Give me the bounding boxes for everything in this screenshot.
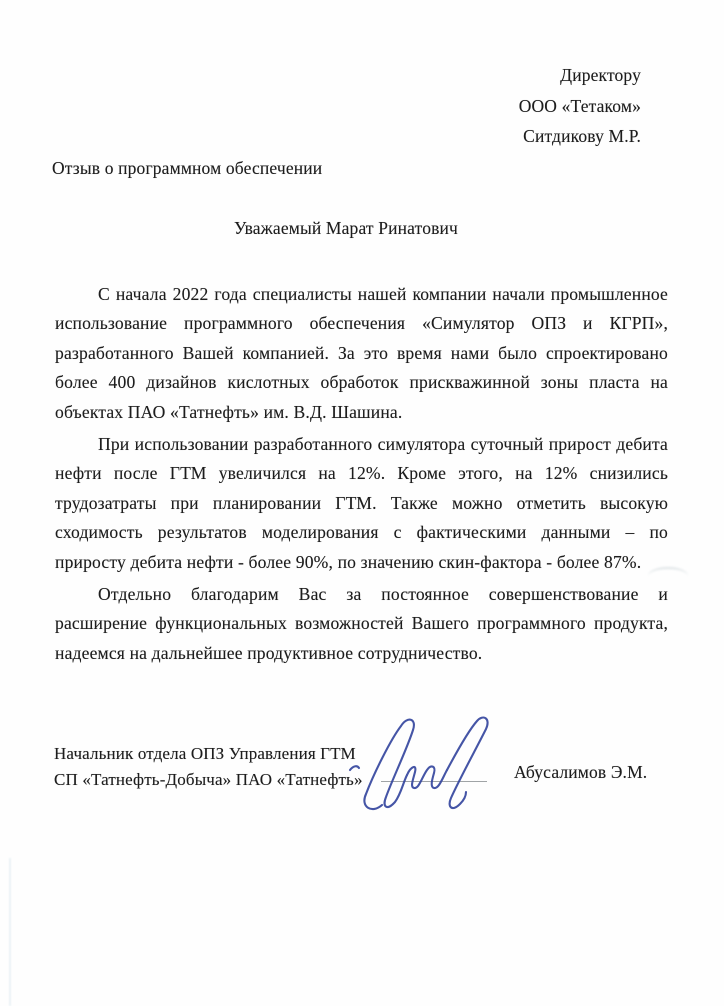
paragraph-2: При использовании разработанного симулят… bbox=[55, 430, 668, 577]
salutation: Уважаемый Марат Ринатович bbox=[0, 218, 692, 239]
signatory-position-line-1: Начальник отдела ОПЗ Управления ГТМ bbox=[54, 741, 363, 767]
signatory-position-line-2: СП «Татнефть-Добыча» ПАО «Татнефть» bbox=[54, 767, 363, 793]
letter-page: Директору ООО «Тетаком» Ситдикову М.Р. О… bbox=[0, 0, 724, 1006]
handwritten-signature-icon bbox=[346, 710, 514, 818]
paragraph-3: Отдельно благодарим Вас за постоянное со… bbox=[55, 580, 668, 668]
scan-edge-artifact bbox=[9, 858, 11, 1006]
paragraph-1: С начала 2022 года специалисты нашей ком… bbox=[55, 280, 668, 427]
subject-line: Отзыв о программном обеспечении bbox=[52, 158, 322, 179]
recipient-person: Ситдикову М.Р. bbox=[519, 121, 641, 152]
recipient-title: Директору bbox=[519, 60, 641, 91]
scan-smudge-artifact bbox=[648, 567, 688, 576]
recipient-block: Директору ООО «Тетаком» Ситдикову М.Р. bbox=[519, 60, 641, 152]
signatory-position: Начальник отдела ОПЗ Управления ГТМ СП «… bbox=[54, 741, 363, 792]
signatory-name: Абусалимов Э.М. bbox=[514, 762, 647, 783]
recipient-company: ООО «Тетаком» bbox=[519, 91, 641, 122]
signature-underline bbox=[381, 781, 487, 782]
letter-body: С начала 2022 года специалисты нашей ком… bbox=[55, 280, 668, 671]
